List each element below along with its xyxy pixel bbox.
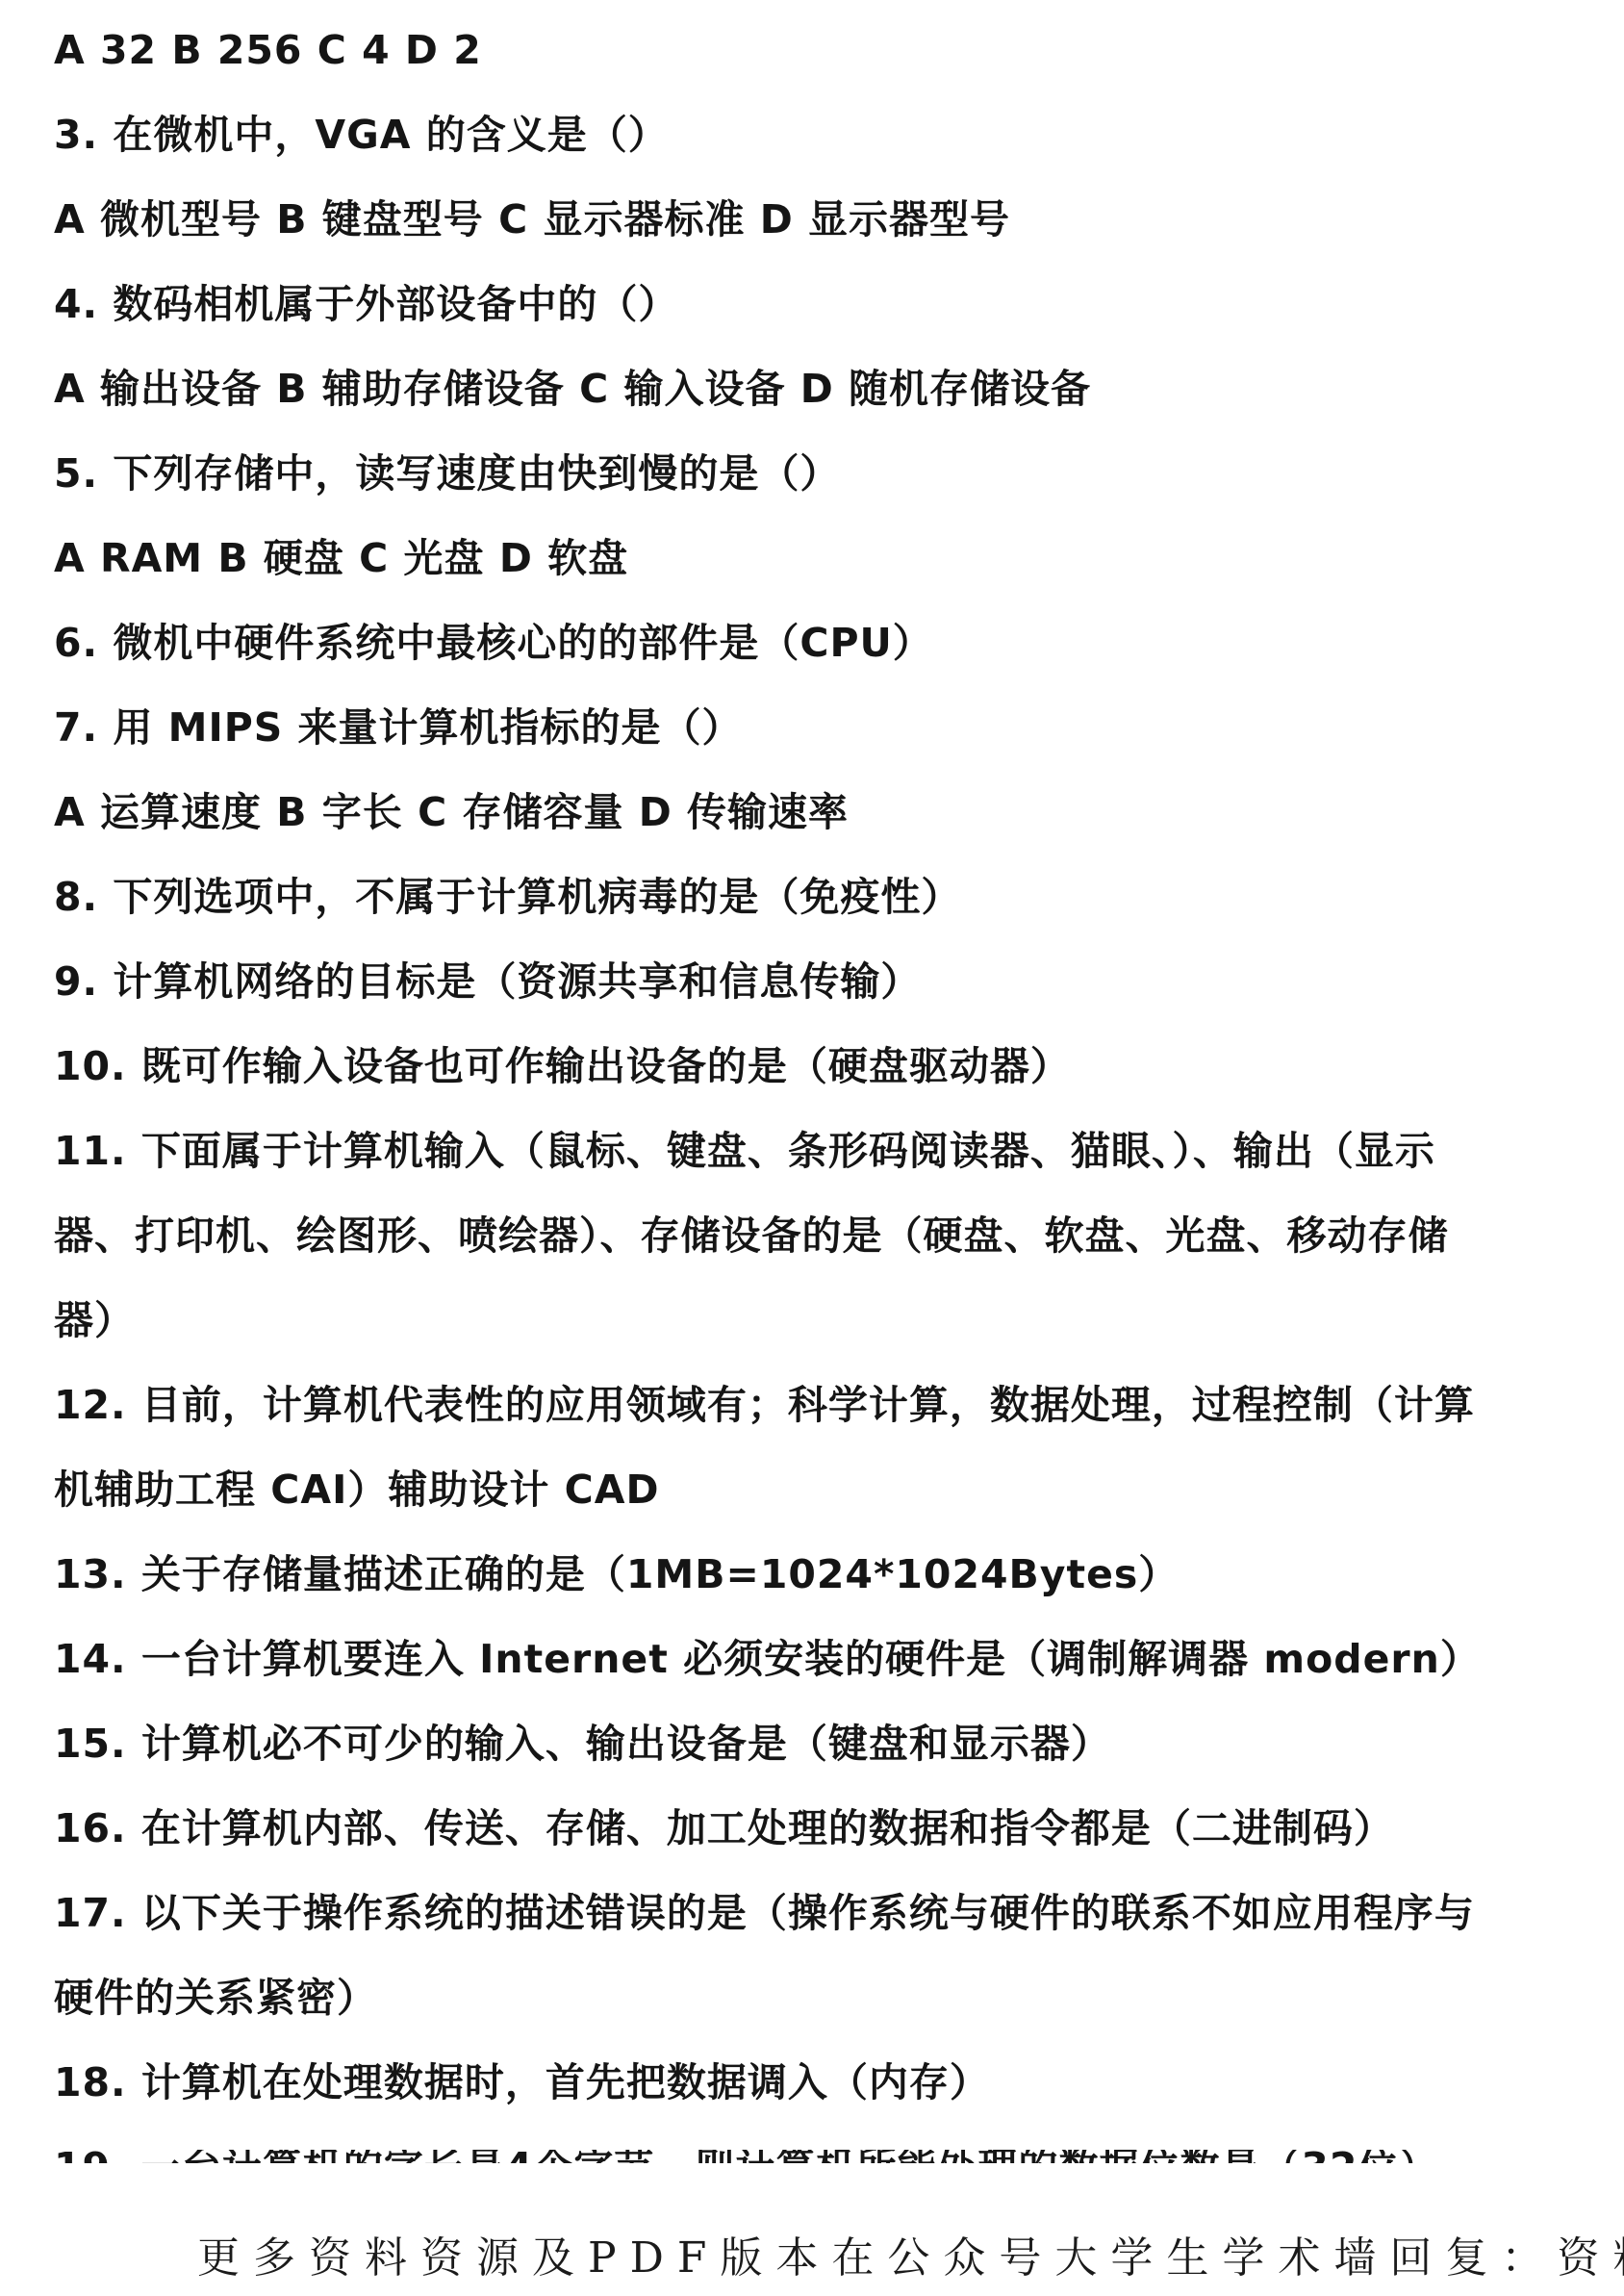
q2-options-line: A 32 B 256 C 4 D 2 (54, 8, 1593, 92)
question-5: 5. 下列存储中，读写速度由快到慢的是（） (54, 431, 1593, 516)
clipped-region: 19. 一台计算机的字长是4个字节，则计算机所能处理的数据位数是（32位） (54, 2150, 1439, 2163)
question-19-clipped: 19. 一台计算机的字长是4个字节，则计算机所能处理的数据位数是（32位） (54, 2125, 1593, 2209)
question-16: 16. 在计算机内部、传送、存储、加工处理的数据和指令都是（二进制码） (54, 1786, 1593, 1871)
question-12-line-2: 机辅助工程 CAI）辅助设计 CAD (54, 1447, 1593, 1532)
question-3: 3. 在微机中，VGA 的含义是（） (54, 92, 1593, 177)
footer-promo-text: 更多资料资源及PDF版本在公众号大学生学术墙回复：资料 (197, 2225, 1624, 2292)
question-7: 7. 用 MIPS 来量计算机指标的是（） (54, 685, 1593, 770)
question-12-line-1: 12. 目前，计算机代表性的应用领域有；科学计算，数据处理，过程控制（计算 (54, 1363, 1593, 1447)
question-9: 9. 计算机网络的目标是（资源共享和信息传输） (54, 939, 1593, 1024)
question-17-line-2: 硬件的关系紧密） (54, 1955, 1593, 2040)
question-10: 10. 既可作输入设备也可作输出设备的是（硬盘驱动器） (54, 1024, 1593, 1109)
question-14: 14. 一台计算机要连入 Internet 必须安装的硬件是（调制解调器 mod… (54, 1617, 1593, 1701)
question-17-line-1: 17. 以下关于操作系统的描述错误的是（操作系统与硬件的联系不如应用程序与 (54, 1871, 1593, 1955)
question-11-line-1: 11. 下面属于计算机输入（鼠标、键盘、条形码阅读器、猫眼、）、输出（显示 (54, 1109, 1593, 1193)
question-13: 13. 关于存储量描述正确的是（1MB=1024*1024Bytes） (54, 1532, 1593, 1617)
question-19-partial-text: 19. 一台计算机的字长是4个字节，则计算机所能处理的数据位数是（32位） (54, 2150, 1439, 2163)
q3-options-line: A 微机型号 B 键盘型号 C 显示器标准 D 显示器型号 (54, 177, 1593, 262)
q5-options-line: A RAM B 硬盘 C 光盘 D 软盘 (54, 516, 1593, 600)
question-6: 6. 微机中硬件系统中最核心的的部件是（CPU） (54, 600, 1593, 685)
question-11-line-2: 器、打印机、绘图形、喷绘器）、存储设备的是（硬盘、软盘、光盘、移动存储 (54, 1193, 1593, 1278)
q7-options-line: A 运算速度 B 字长 C 存储容量 D 传输速率 (54, 770, 1593, 855)
question-4: 4. 数码相机属于外部设备中的（） (54, 262, 1593, 346)
q4-options-line: A 输出设备 B 辅助存储设备 C 输入设备 D 随机存储设备 (54, 346, 1593, 431)
question-11-line-3: 器） (54, 1278, 1593, 1363)
question-18: 18. 计算机在处理数据时，首先把数据调入（内存） (54, 2040, 1593, 2125)
question-8: 8. 下列选项中，不属于计算机病毒的是（免疫性） (54, 855, 1593, 939)
question-list: A 32 B 256 C 4 D 2 3. 在微机中，VGA 的含义是（） A … (54, 8, 1593, 2209)
document-page: A 32 B 256 C 4 D 2 3. 在微机中，VGA 的含义是（） A … (0, 0, 1624, 2296)
question-15: 15. 计算机必不可少的输入、输出设备是（键盘和显示器） (54, 1701, 1593, 1786)
